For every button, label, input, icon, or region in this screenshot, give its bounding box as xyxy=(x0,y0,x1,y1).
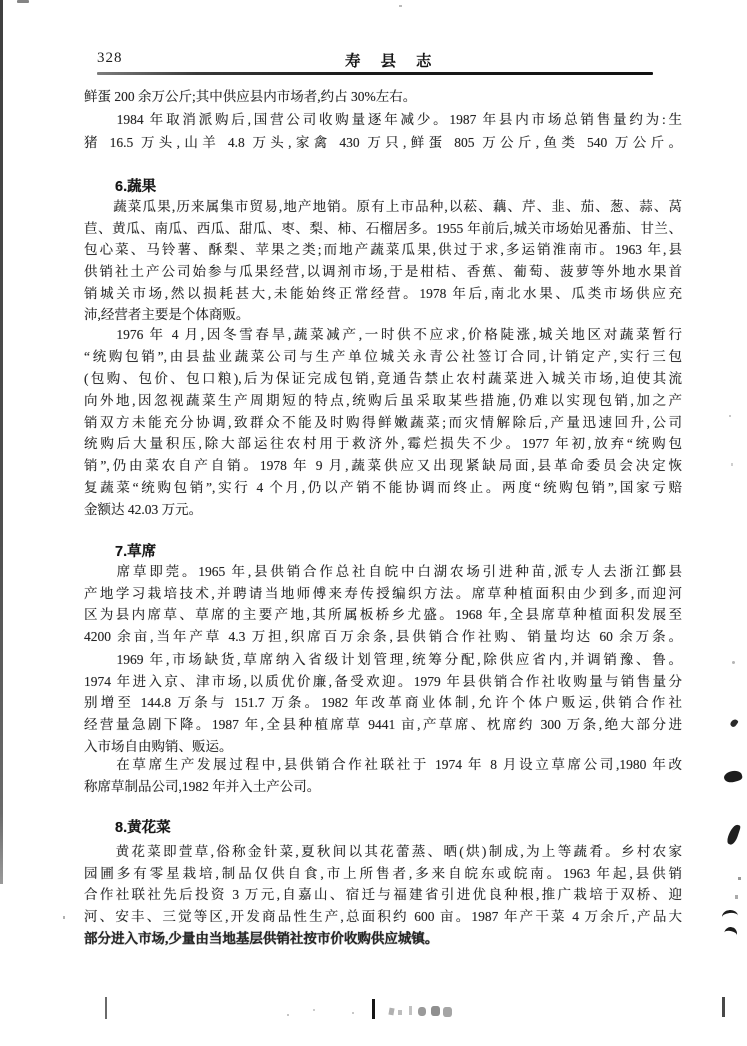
ink-speck xyxy=(399,5,402,7)
ink-smudge xyxy=(398,1010,402,1015)
text-line: 1969 年,市场缺货,草席纳入省级计划管理,统筹分配,除供应省内,并调销豫、鲁… xyxy=(84,649,682,671)
page-number: 328 xyxy=(97,50,123,67)
text-line: 4200 余亩,当年产草 4.3 万担,织席百万余条,县供销合作社购、销量均达 … xyxy=(84,626,682,648)
book-title: 寿县志 xyxy=(345,49,452,71)
ink-mark xyxy=(721,909,738,924)
ink-mark xyxy=(726,823,741,846)
text-line: 席草即莞。1965 年,县供销合作总社自皖中白湖农场引进种苗,派专人去浙江鄞县 xyxy=(84,561,682,583)
header-rule xyxy=(97,72,653,75)
ink-speck xyxy=(352,1012,354,1014)
ink-smudge xyxy=(17,0,29,3)
paragraph: 在草席生产发展过程中,县供销合作社联社于 1974 年 8 月设立草席公司,19… xyxy=(84,754,682,798)
text-line: 合作社联社先后投资 3 万元,自嘉山、宿迁与福建省引进优良种根,推广栽培于双桥、… xyxy=(84,884,682,906)
text-line: 销城关市场,然以损耗甚大,未能始终正常经营。1978 年后,南北水果、瓜类市场供… xyxy=(84,283,682,305)
ink-speck xyxy=(738,877,741,880)
text-line: 苣、黄瓜、南瓜、西瓜、甜瓜、枣、梨、柿、石榴居多。1955 年前后,城关市场始见… xyxy=(84,218,682,240)
text-line: 区为县内席草、草席的主要产地,其所属板桥乡尤盛。1968 年,全县席草种植面积发… xyxy=(84,604,682,626)
text-line: 部分进入市场,少量由当地基层供销社按市价收购供应城镇。 xyxy=(84,928,682,950)
paragraph: 席草即莞。1965 年,县供销合作总社自皖中白湖农场引进种苗,派专人去浙江鄞县产… xyxy=(84,561,682,648)
paragraph: 鲜蛋 200 余万公斤;其中供应县内市场者,约占 30%左右。 1984 年取消… xyxy=(84,85,682,154)
text-line: 河、安丰、三觉等区,开发商品性生产,总面积约 600 亩。1987 年产干菜 4… xyxy=(84,906,682,928)
text-line: 金额达 42.03 万元。 xyxy=(84,499,682,521)
ink-mark xyxy=(372,999,375,1019)
paragraph: 黄花菜即萱草,俗称金针菜,夏秋间以其花蕾蒸、晒(烘)制成,为上等蔬肴。乡村农家园… xyxy=(84,841,682,949)
ink-speck xyxy=(731,463,733,466)
text-line: 复蔬菜“统购包销”,实行 4 个月,仍以产销不能协调而终止。两度“统购包销”,国… xyxy=(84,477,682,499)
section-heading: 6.蔬果 xyxy=(84,179,713,195)
ink-smudge xyxy=(388,1008,394,1016)
text-line: 向外地,因忽视蔬菜生产周期短的特点,统购后虽采取某些措施,仍难以实现包销,加之产 xyxy=(84,390,682,412)
text-line: 经营量急剧下降。1987 年,全县种植席草 9441 亩,产草席、枕席约 300… xyxy=(84,714,682,736)
text-line: 园圃多有零星栽培,制品仅供自食,市上所售者,多来自皖东或皖南。1963 年起,县… xyxy=(84,863,682,885)
text-line: 1976 年 4 月,因冬雪春旱,蔬菜减产,一时供不应求,价格陡涨,城关地区对蔬… xyxy=(84,324,682,346)
ink-smudge xyxy=(443,1007,452,1017)
ink-speck xyxy=(287,1014,289,1016)
ink-mark xyxy=(723,769,743,784)
paragraph: 1969 年,市场缺货,草席纳入省级计划管理,统筹分配,除供应省内,并调销豫、鲁… xyxy=(84,649,682,757)
ink-speck xyxy=(313,1009,315,1011)
ink-mark xyxy=(723,926,739,942)
text-line: 产地学习栽培技术,并聘请当地师傅来寿传授编织方法。席草种植面积由少到多,而迎河 xyxy=(84,583,682,605)
text-line: 1974 年进入京、津市场,以质优价廉,备受欢迎。1979 年县供销合作社收购量… xyxy=(84,671,682,693)
section-heading: 7.草席 xyxy=(84,544,713,560)
text-line: 称席草制品公司,1982 年并入土产公司。 xyxy=(84,776,682,798)
text-line: 统购后大量积压,除大部运往农村用于救济外,霉烂损失不少。1977 年初,放弃“统… xyxy=(84,433,682,455)
text-line: 猪 16.5 万头,山羊 4.8 万头,家禽 430 万只,鲜蛋 805 万公斤… xyxy=(84,131,682,154)
section-heading: 8.黄花菜 xyxy=(84,820,713,836)
text-line: 鲜蛋 200 余万公斤;其中供应县内市场者,约占 30%左右。 xyxy=(84,85,682,108)
ink-mark xyxy=(722,997,725,1017)
paragraph: 1976 年 4 月,因冬雪春旱,蔬菜减产,一时供不应求,价格陡涨,城关地区对蔬… xyxy=(84,324,682,521)
ink-speck xyxy=(732,661,735,664)
text-line: 沛,经营者主要是个体商贩。 xyxy=(84,304,682,326)
text-line: 黄花菜即萱草,俗称金针菜,夏秋间以其花蕾蒸、晒(烘)制成,为上等蔬肴。乡村农家 xyxy=(84,841,682,863)
text-line: 包心菜、马铃薯、酥梨、苹果之类;而地产蔬菜瓜果,供过于求,多运销淮南市。1963… xyxy=(84,239,682,261)
scanned-page: 328 寿县志 鲜蛋 200 余万公斤;其中供应县内市场者,约占 30%左右。 … xyxy=(0,0,747,1046)
text-line: (包购、包价、包口粮),后为保证完成包销,竟通告禁止农村蔬菜进入城关市场,迫使其… xyxy=(84,368,682,390)
text-line: 别增至 144.8 万条与 151.7 万条。1982 年改革商业体制,允许个体… xyxy=(84,692,682,714)
text-line: 1984 年取消派购后,国营公司收购量逐年减少。1987 年县内市场总销售量约为… xyxy=(84,108,682,131)
ink-speck xyxy=(63,916,65,919)
text-line: 蔬菜瓜果,历来属集市贸易,地产地销。原有上市品种,以菘、藕、芹、韭、茄、葱、蒜、… xyxy=(84,196,682,218)
ink-speck xyxy=(729,415,731,417)
scan-edge-line xyxy=(0,0,3,884)
ink-smudge xyxy=(418,1007,426,1016)
ink-mark xyxy=(105,997,107,1019)
text-line: 供销社土产公司始参与瓜果经营,以调剂市场,于是柑桔、香蕉、葡萄、菠萝等外地水果首 xyxy=(84,261,682,283)
text-line: “统购包销”,由县盐业蔬菜公司与生产单位城关永青公社签订合同,计销定产,实行三包 xyxy=(84,346,682,368)
paragraph: 蔬菜瓜果,历来属集市贸易,地产地销。原有上市品种,以菘、藕、芹、韭、茄、葱、蒜、… xyxy=(84,196,682,326)
ink-speck xyxy=(735,895,738,899)
text-line: 在草席生产发展过程中,县供销合作社联社于 1974 年 8 月设立草席公司,19… xyxy=(84,754,682,776)
ink-mark xyxy=(729,718,739,728)
text-line: 销双方未能充分协调,致群众不能及时购得鲜嫩蔬菜;而灾情解除后,产量迅速回升,公司 xyxy=(84,412,682,434)
text-line: 销”,仍由菜农自产自销。1978 年 9 月,蔬菜供应又出现紧缺局面,县革命委员… xyxy=(84,455,682,477)
ink-smudge xyxy=(431,1006,440,1016)
ink-smudge xyxy=(409,1006,412,1015)
